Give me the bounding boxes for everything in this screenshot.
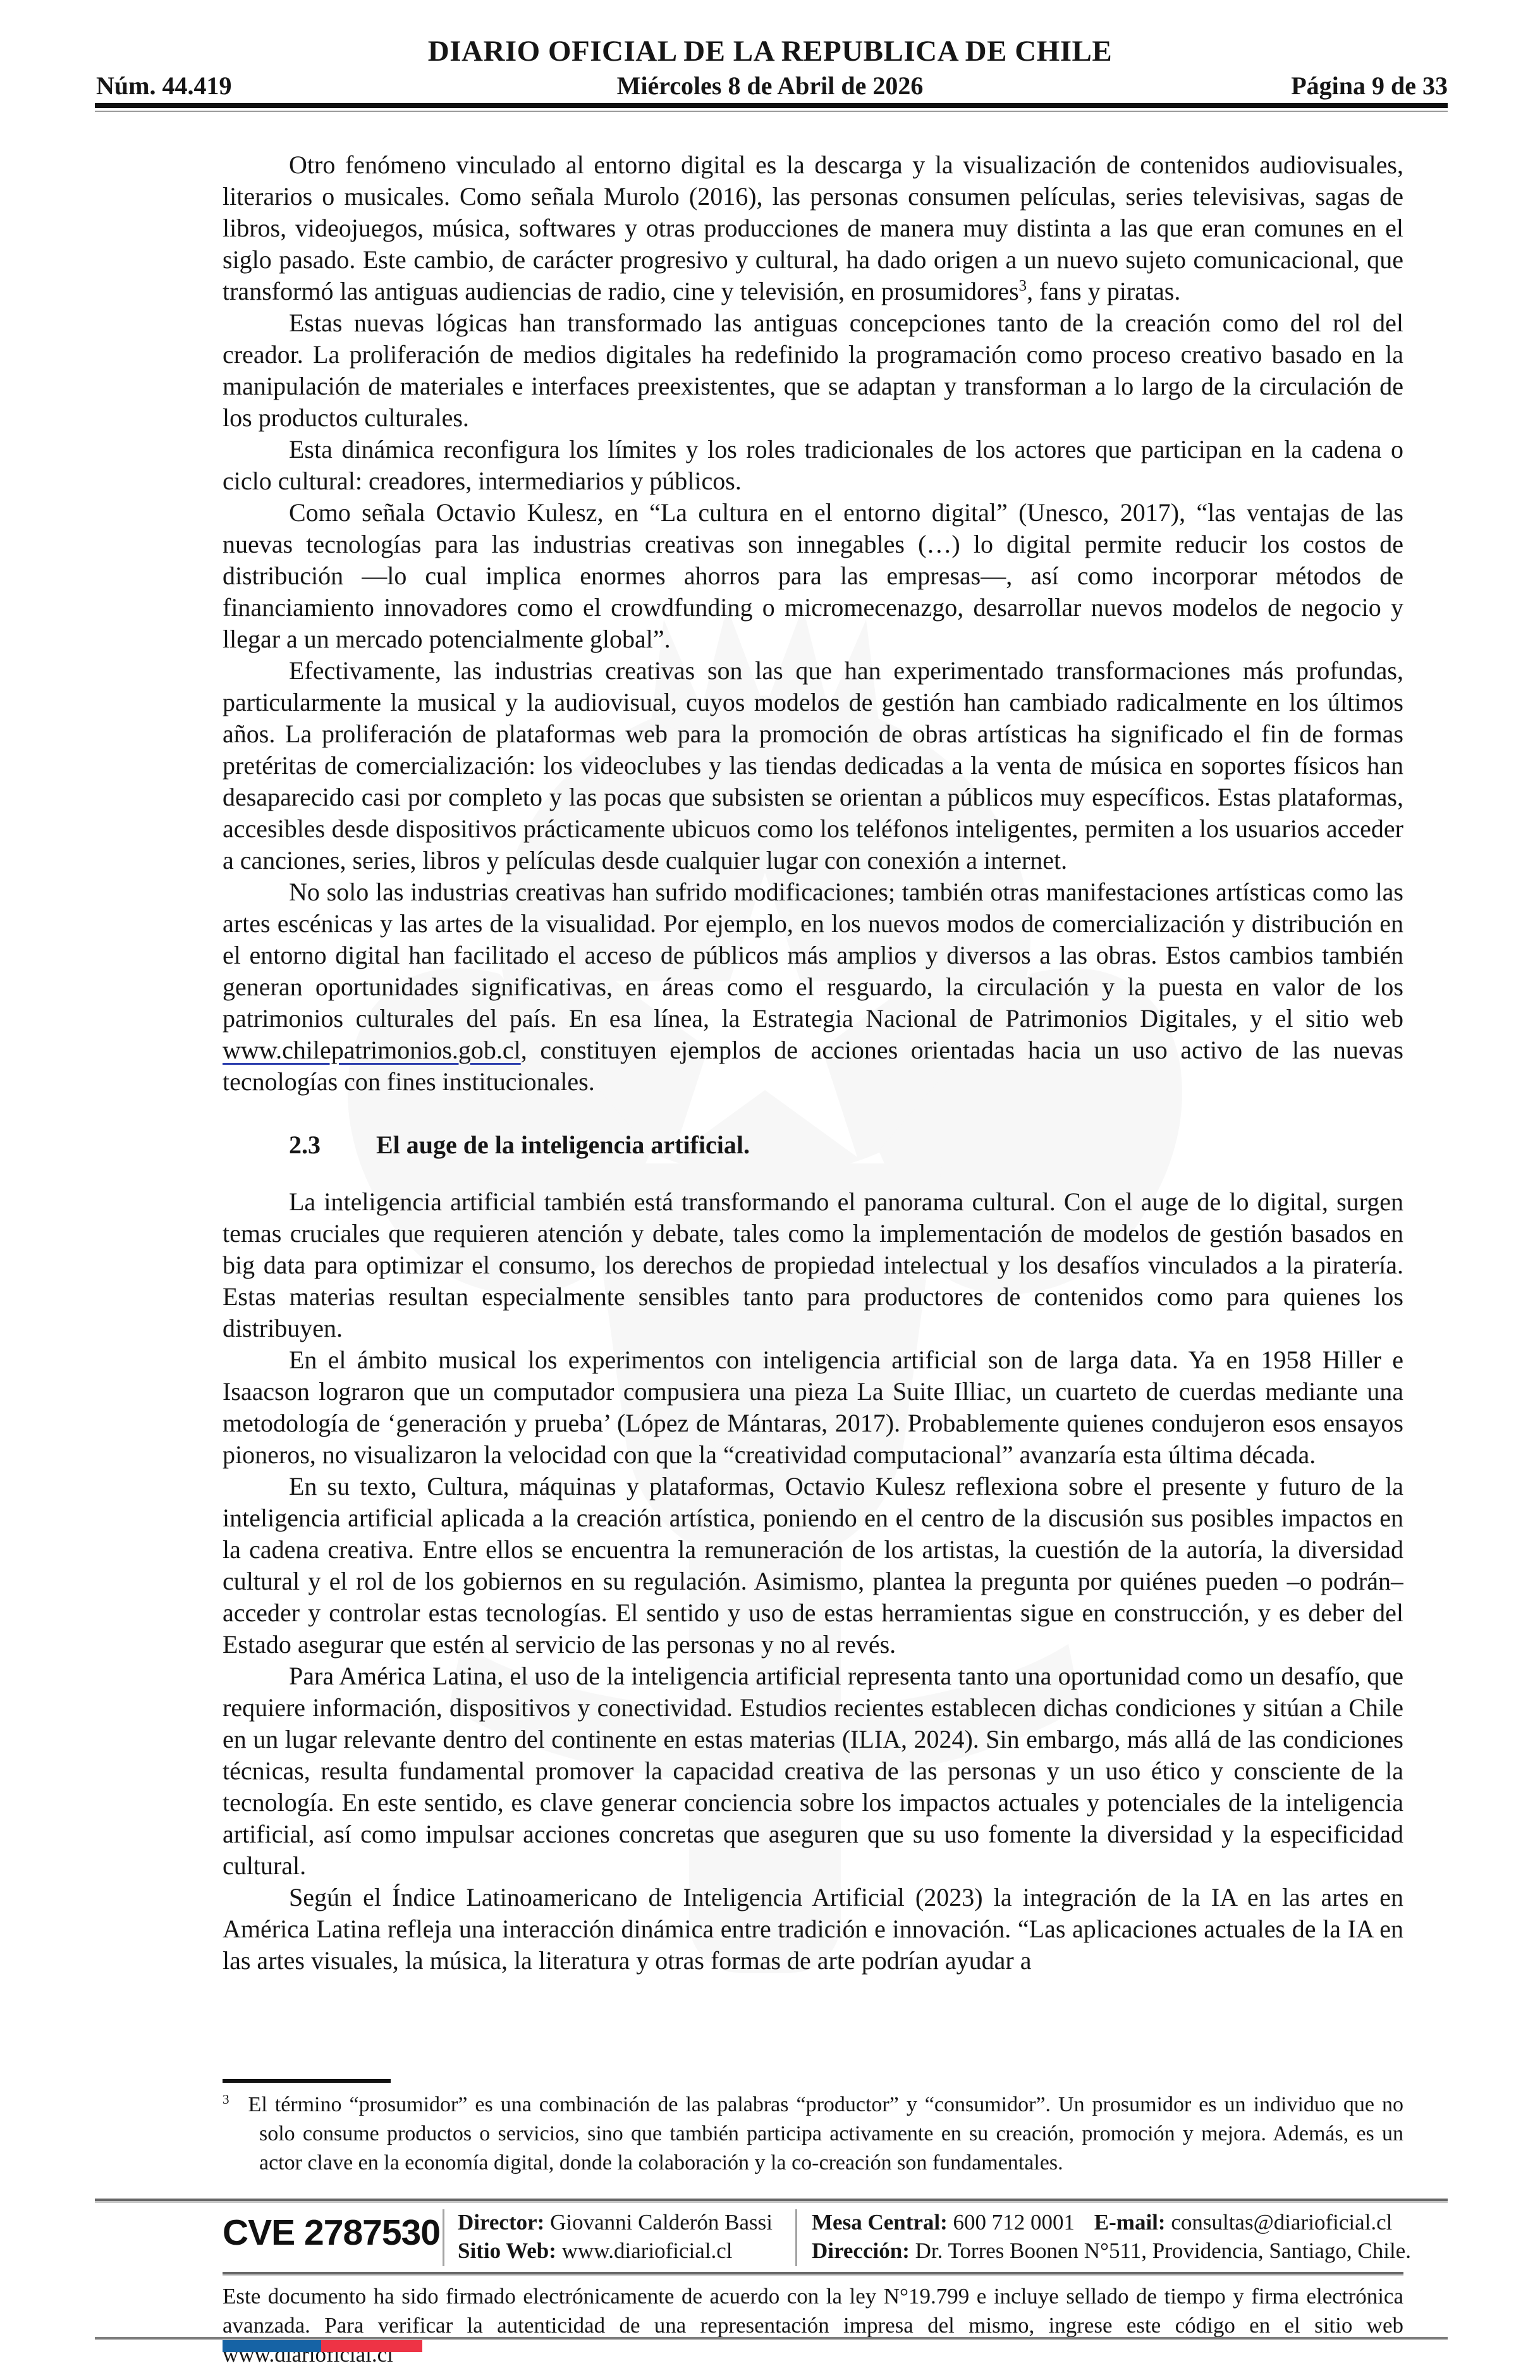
page-indicator: Página 9 de 33 (1291, 71, 1448, 101)
text-run: Estas nuevas lógicas han transformado la… (223, 309, 1403, 432)
footer-divider-2 (795, 2209, 797, 2266)
paragraph: Esta dinámica reconfigura los límites y … (223, 434, 1403, 497)
text-run: Esta dinámica reconfigura los límites y … (223, 435, 1403, 495)
director-value: Giovanni Calderón Bassi (550, 2210, 773, 2235)
text-run: El término “prosumidor” es una combinaci… (248, 2093, 1403, 2175)
masthead-title: DIARIO OFICIAL DE LA REPUBLICA DE CHILE (0, 34, 1540, 68)
flag-red-bar (321, 2340, 422, 2352)
mesa-central-value: 600 712 0001 (953, 2210, 1075, 2235)
section-heading: 2.3El auge de la inteligencia artificial… (223, 1129, 1403, 1161)
website-line: Sitio Web: www.diarioficial.cl (458, 2236, 773, 2265)
director-label: Director: (458, 2210, 544, 2235)
footer-column-director: Director: Giovanni Calderón Bassi Sitio … (458, 2208, 773, 2265)
paragraph: La inteligencia artificial también está … (223, 1186, 1403, 1344)
footnote: 3El término “prosumidor” es una combinac… (223, 2090, 1403, 2178)
text-run: , fans y piratas. (1027, 277, 1180, 305)
paragraph: Para América Latina, el uso de la inteli… (223, 1660, 1403, 1882)
director-line: Director: Giovanni Calderón Bassi (458, 2208, 773, 2236)
email-label: E-mail: (1094, 2210, 1166, 2235)
bottom-rule (95, 2337, 1448, 2340)
direccion-label: Dirección: (812, 2238, 910, 2263)
text-run: En el ámbito musical los experimentos co… (223, 1346, 1403, 1469)
footer-divider-1 (443, 2209, 444, 2266)
text-run: Según el Índice Latinoamericano de Intel… (223, 1883, 1403, 1975)
text-run: Para América Latina, el uso de la inteli… (223, 1662, 1403, 1880)
flag-blue-bar (223, 2340, 321, 2352)
website-value[interactable]: www.diarioficial.cl (562, 2238, 733, 2263)
footnote-text: 3El término “prosumidor” es una combinac… (223, 2090, 1403, 2178)
footer-column-contact: Mesa Central: 600 712 0001 E-mail: consu… (812, 2208, 1411, 2265)
email-value[interactable]: consultas@diarioficial.cl (1171, 2210, 1392, 2235)
header-rule-shadow (95, 111, 1448, 112)
body-paragraphs: Otro fenómeno vinculado al entorno digit… (223, 149, 1403, 2071)
footer-rule-top-shadow (95, 2201, 1448, 2203)
footnote-marker: 3 (223, 2092, 229, 2107)
document-page: DIARIO OFICIAL DE LA REPUBLICA DE CHILE … (0, 0, 1540, 2380)
text-run: Efectivamente, las industrias creativas … (223, 656, 1403, 874)
paragraph: No solo las industrias creativas han suf… (223, 876, 1403, 1098)
text-run: No solo las industrias creativas han suf… (223, 878, 1403, 1033)
website-label: Sitio Web: (458, 2238, 556, 2263)
direccion-value: Dr. Torres Boonen N°511, Providencia, Sa… (915, 2238, 1411, 2263)
paragraph: En su texto, Cultura, máquinas y platafo… (223, 1471, 1403, 1660)
text-run: La inteligencia artificial también está … (223, 1187, 1403, 1342)
signature-rule-top-shadow (223, 2274, 1403, 2276)
text-run: En su texto, Cultura, máquinas y platafo… (223, 1472, 1403, 1659)
header-rule (95, 103, 1448, 108)
text-run: Como señala Octavio Kulesz, en “La cultu… (223, 498, 1403, 653)
paragraph: Según el Índice Latinoamericano de Intel… (223, 1882, 1403, 1977)
cve-code: CVE 2787530 (223, 2212, 440, 2254)
paragraph: Estas nuevas lógicas han transformado la… (223, 307, 1403, 434)
text-run: Otro fenómeno vinculado al entorno digit… (223, 150, 1403, 305)
paragraph: En el ámbito musical los experimentos co… (223, 1344, 1403, 1471)
footnote-separator (223, 2079, 391, 2083)
mesa-email-line: Mesa Central: 600 712 0001 E-mail: consu… (812, 2208, 1411, 2236)
mesa-central-label: Mesa Central: (812, 2210, 948, 2235)
signature-note: Este documento ha sido firmado electróni… (223, 2282, 1403, 2369)
footnote-reference: 3 (1019, 278, 1027, 295)
inline-link[interactable]: www.chilepatrimonios.gob.cl (223, 1036, 521, 1064)
paragraph: Como señala Octavio Kulesz, en “La cultu… (223, 497, 1403, 655)
paragraph: Efectivamente, las industrias creativas … (223, 655, 1403, 876)
section-number: 2.3 (289, 1131, 321, 1159)
paragraph: Otro fenómeno vinculado al entorno digit… (223, 149, 1403, 307)
direccion-line: Dirección: Dr. Torres Boonen N°511, Prov… (812, 2236, 1411, 2265)
section-title: El auge de la inteligencia artificial. (376, 1131, 750, 1159)
